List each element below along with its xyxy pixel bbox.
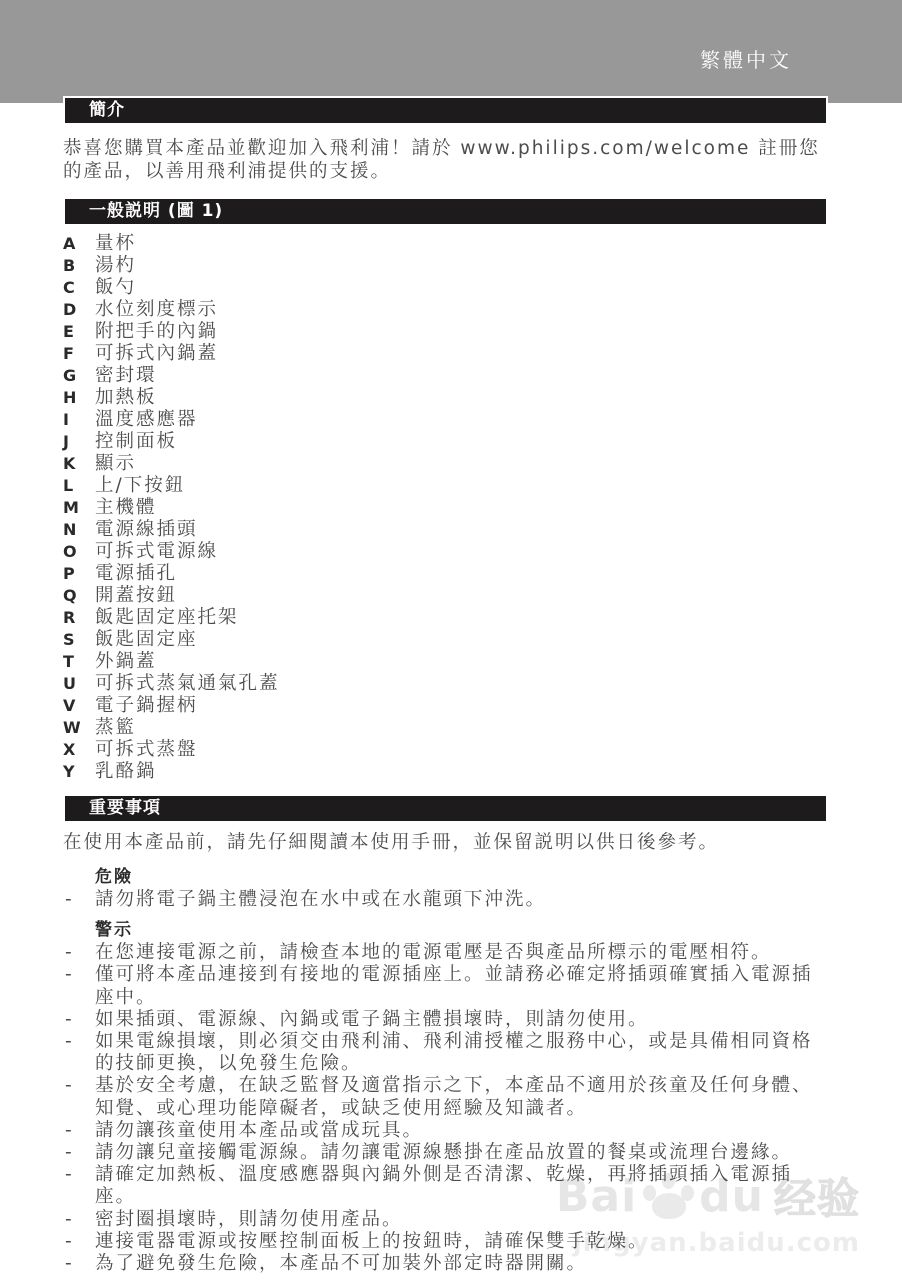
- part-label: 外鍋蓋: [95, 651, 157, 673]
- part-letter: T: [63, 651, 95, 673]
- part-list-item: L 上/下按鈕: [63, 475, 828, 497]
- part-letter: X: [63, 739, 95, 761]
- part-list-item: N 電源線插頭: [63, 519, 828, 541]
- part-list-item: S 飯匙固定座: [63, 629, 828, 651]
- part-label: 電子鍋握柄: [95, 695, 198, 717]
- bullet-dash: -: [63, 1231, 95, 1253]
- part-letter: R: [63, 607, 95, 629]
- part-letter: O: [63, 541, 95, 563]
- language-label: 繁體中文: [700, 44, 792, 73]
- part-label: 飯匙固定座: [95, 629, 198, 651]
- manual-page: 繁體中文 Bai du 经验 jingyan.baidu.com 簡介 恭喜您購…: [0, 0, 902, 1280]
- part-list-item: X 可拆式蒸盤: [63, 739, 828, 761]
- bullet-text: 為了避免發生危險，本產品不可加裝外部定時器開關。: [95, 1253, 828, 1275]
- warning-bullet: - 在您連接電源之前，請檢查本地的電源電壓是否與產品所標示的電壓相符。: [63, 942, 828, 964]
- part-list-item: T 外鍋蓋: [63, 651, 828, 673]
- part-list-item: I 溫度感應器: [63, 409, 828, 431]
- part-label: 密封環: [95, 365, 157, 387]
- content-column: 簡介 恭喜您購買本產品並歡迎加入飛利浦！請於 www.philips.com/w…: [63, 103, 828, 1275]
- warning-bullet: - 如果電線損壞，則必須交由飛利浦、飛利浦授權之服務中心，或是具備相同資格的技師…: [63, 1031, 828, 1075]
- part-letter: F: [63, 343, 95, 365]
- bullet-text: 密封圈損壞時，則請勿使用產品。: [95, 1209, 828, 1231]
- part-list-item: P 電源插孔: [63, 563, 828, 585]
- part-letter: J: [63, 431, 95, 453]
- part-letter: Q: [63, 585, 95, 607]
- part-list-item: E 附把手的內鍋: [63, 321, 828, 343]
- bullet-dash: -: [63, 1253, 95, 1275]
- part-label: 控制面板: [95, 431, 177, 453]
- bullet-dash: -: [63, 1120, 95, 1142]
- part-list-item: V 電子鍋握柄: [63, 695, 828, 717]
- section-header-general-description: 一般説明 (圖 1): [63, 197, 828, 226]
- danger-bullet-list: - 請勿將電子鍋主體浸泡在水中或在水龍頭下沖洗。: [63, 889, 828, 911]
- bullet-text: 在您連接電源之前，請檢查本地的電源電壓是否與產品所標示的電壓相符。: [95, 942, 828, 964]
- part-list-item: Q 開蓋按鈕: [63, 585, 828, 607]
- part-letter: W: [63, 717, 95, 739]
- bullet-dash: -: [63, 964, 95, 1008]
- part-list-item: K 顯示: [63, 453, 828, 475]
- part-list-item: O 可拆式電源線: [63, 541, 828, 563]
- part-list-item: F 可拆式內鍋蓋: [63, 343, 828, 365]
- warning-bullet: - 為了避免發生危險，本產品不可加裝外部定時器開關。: [63, 1253, 828, 1275]
- part-list-item: B 湯杓: [63, 255, 828, 277]
- part-list-item: U 可拆式蒸氣通氣孔蓋: [63, 673, 828, 695]
- part-label: 飯勺: [95, 277, 136, 299]
- part-label: 可拆式蒸盤: [95, 739, 198, 761]
- part-letter: A: [63, 233, 95, 255]
- part-list-item: M 主機體: [63, 497, 828, 519]
- part-list-item: C 飯勺: [63, 277, 828, 299]
- part-letter: P: [63, 563, 95, 585]
- important-intro-paragraph: 在使用本產品前，請先仔細閱讀本使用手冊，並保留説明以供日後參考。: [63, 832, 828, 854]
- part-label: 溫度感應器: [95, 409, 198, 431]
- part-letter: B: [63, 255, 95, 277]
- bullet-text: 請勿將電子鍋主體浸泡在水中或在水龍頭下沖洗。: [95, 889, 828, 911]
- warning-bullet: - 僅可將本產品連接到有接地的電源插座上。並請務必確定將插頭確實插入電源插座中。: [63, 964, 828, 1008]
- bullet-text: 請勿讓孩童使用本產品或當成玩具。: [95, 1120, 828, 1142]
- part-list-item: R 飯匙固定座托架: [63, 607, 828, 629]
- warning-bullet: - 請確定加熱板、溫度感應器與內鍋外側是否清潔、乾燥，再將插頭插入電源插座。: [63, 1164, 828, 1208]
- part-letter: G: [63, 365, 95, 387]
- part-letter: L: [63, 475, 95, 497]
- part-label: 開蓋按鈕: [95, 585, 177, 607]
- part-label: 可拆式內鍋蓋: [95, 343, 218, 365]
- danger-bullet: - 請勿將電子鍋主體浸泡在水中或在水龍頭下沖洗。: [63, 889, 828, 911]
- bullet-text: 連接電器電源或按壓控制面板上的按鈕時，請確保雙手乾燥。: [95, 1231, 828, 1253]
- part-list-item: Y 乳酪鍋: [63, 761, 828, 783]
- bullet-dash: -: [63, 1142, 95, 1164]
- section-header-intro: 簡介: [63, 96, 828, 125]
- part-letter: V: [63, 695, 95, 717]
- part-letter: M: [63, 497, 95, 519]
- part-label: 電源線插頭: [95, 519, 198, 541]
- part-label: 可拆式電源線: [95, 541, 218, 563]
- part-list-item: A 量杯: [63, 233, 828, 255]
- warning-bullet: - 基於安全考慮，在缺乏監督及適當指示之下，本產品不適用於孩童及任何身體、知覺、…: [63, 1075, 828, 1119]
- part-label: 顯示: [95, 453, 136, 475]
- bullet-dash: -: [63, 1164, 95, 1208]
- part-label: 水位刻度標示: [95, 299, 218, 321]
- part-label: 可拆式蒸氣通氣孔蓋: [95, 673, 280, 695]
- part-letter: N: [63, 519, 95, 541]
- bullet-text: 僅可將本產品連接到有接地的電源插座上。並請務必確定將插頭確實插入電源插座中。: [95, 964, 828, 1008]
- part-label: 飯匙固定座托架: [95, 607, 239, 629]
- part-label: 乳酪鍋: [95, 761, 157, 783]
- part-label: 電源插孔: [95, 563, 177, 585]
- part-list-item: J 控制面板: [63, 431, 828, 453]
- warning-bullet: - 請勿讓兒童接觸電源線。請勿讓電源線懸掛在產品放置的餐桌或流理台邊緣。: [63, 1142, 828, 1164]
- part-label: 附把手的內鍋: [95, 321, 218, 343]
- part-letter: C: [63, 277, 95, 299]
- part-letter: S: [63, 629, 95, 651]
- intro-paragraph: 恭喜您購買本產品並歡迎加入飛利浦！請於 www.philips.com/welc…: [63, 137, 828, 183]
- bullet-dash: -: [63, 1009, 95, 1031]
- warning-heading: 警示: [95, 920, 828, 940]
- part-letter: D: [63, 299, 95, 321]
- part-label: 蒸籃: [95, 717, 136, 739]
- part-label: 湯杓: [95, 255, 136, 277]
- danger-heading: 危險: [95, 867, 828, 887]
- warning-bullet: - 如果插頭、電源線、內鍋或電子鍋主體損壞時，則請勿使用。: [63, 1009, 828, 1031]
- part-letter: K: [63, 453, 95, 475]
- bullet-text: 請勿讓兒童接觸電源線。請勿讓電源線懸掛在產品放置的餐桌或流理台邊緣。: [95, 1142, 828, 1164]
- part-letter: U: [63, 673, 95, 695]
- bullet-dash: -: [63, 1031, 95, 1075]
- bullet-text: 如果插頭、電源線、內鍋或電子鍋主體損壞時，則請勿使用。: [95, 1009, 828, 1031]
- part-letter: H: [63, 387, 95, 409]
- bullet-dash: -: [63, 942, 95, 964]
- section-header-important-label: 重要事項: [89, 798, 161, 818]
- part-label: 量杯: [95, 233, 136, 255]
- bullet-dash: -: [63, 1075, 95, 1119]
- warning-bullet: - 連接電器電源或按壓控制面板上的按鈕時，請確保雙手乾燥。: [63, 1231, 828, 1253]
- parts-list: A 量杯 B 湯杓 C 飯勺 D 水位刻度標示: [63, 233, 828, 783]
- warning-bullet-list: - 在您連接電源之前，請檢查本地的電源電壓是否與產品所標示的電壓相符。 - 僅可…: [63, 942, 828, 1275]
- part-list-item: W 蒸籃: [63, 717, 828, 739]
- warning-bullet: - 密封圈損壞時，則請勿使用產品。: [63, 1209, 828, 1231]
- part-list-item: H 加熱板: [63, 387, 828, 409]
- bullet-dash: -: [63, 889, 95, 911]
- section-header-important: 重要事項: [63, 794, 828, 823]
- warning-bullet: - 請勿讓孩童使用本產品或當成玩具。: [63, 1120, 828, 1142]
- bullet-text: 請確定加熱板、溫度感應器與內鍋外側是否清潔、乾燥，再將插頭插入電源插座。: [95, 1164, 828, 1208]
- section-header-intro-label: 簡介: [89, 100, 125, 120]
- part-list-item: D 水位刻度標示: [63, 299, 828, 321]
- part-label: 上/下按鈕: [95, 475, 185, 497]
- bullet-dash: -: [63, 1209, 95, 1231]
- part-list-item: G 密封環: [63, 365, 828, 387]
- bullet-text: 如果電線損壞，則必須交由飛利浦、飛利浦授權之服務中心，或是具備相同資格的技師更換…: [95, 1031, 828, 1075]
- part-label: 主機體: [95, 497, 157, 519]
- part-letter: Y: [63, 761, 95, 783]
- bullet-text: 基於安全考慮，在缺乏監督及適當指示之下，本產品不適用於孩童及任何身體、知覺、或心…: [95, 1075, 828, 1119]
- part-label: 加熱板: [95, 387, 157, 409]
- header-band: 繁體中文: [0, 0, 902, 103]
- part-letter: E: [63, 321, 95, 343]
- part-letter: I: [63, 409, 95, 431]
- section-header-general-description-label: 一般説明 (圖 1): [89, 201, 223, 221]
